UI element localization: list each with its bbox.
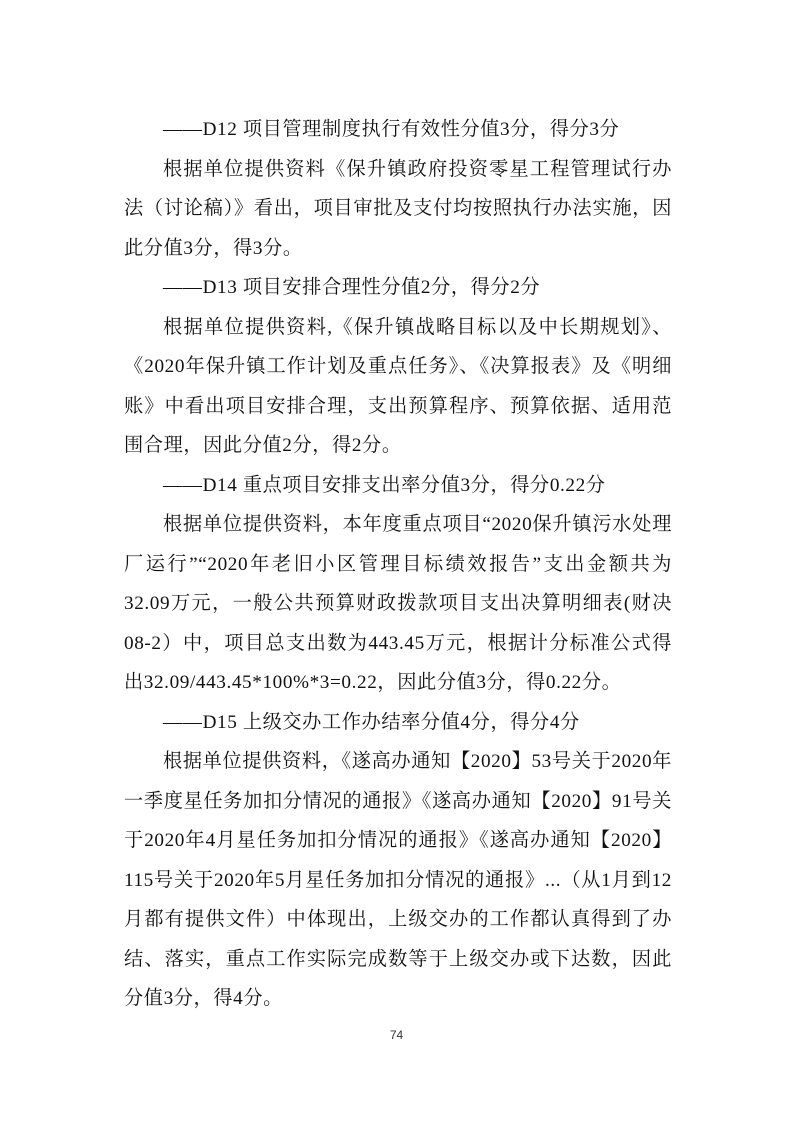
section-body-d13: 根据单位提供资料,《保升镇战略目标以及中长期规划》、《2020年保升镇工作计划及…	[124, 308, 672, 466]
section-heading-d14: ——D14 重点项目安排支出率分值3分，得分0.22分	[124, 466, 672, 506]
page-number: 74	[0, 1028, 793, 1042]
section-body-d12: 根据单位提供资料《保升镇政府投资零星工程管理试行办法（讨论稿）》看出，项目审批及…	[124, 150, 672, 269]
section-body-d15: 根据单位提供资料，《遂高办通知【2020】53号关于2020年一季度星任务加扣分…	[124, 742, 672, 1019]
section-d14: ——D14 重点项目安排支出率分值3分，得分0.22分 根据单位提供资料，本年度…	[124, 466, 672, 703]
section-heading-d13: ——D13 项目安排合理性分值2分，得分2分	[124, 268, 672, 308]
section-d12: ——D12 项目管理制度执行有效性分值3分，得分3分 根据单位提供资料《保升镇政…	[124, 110, 672, 268]
section-d15: ——D15 上级交办工作办结率分值4分，得分4分 根据单位提供资料，《遂高办通知…	[124, 703, 672, 1019]
section-body-d14: 根据单位提供资料，本年度重点项目“2020保升镇污水处理厂运行”“2020年老旧…	[124, 505, 672, 703]
section-heading-d12: ——D12 项目管理制度执行有效性分值3分，得分3分	[124, 110, 672, 150]
document-page-body: ——D12 项目管理制度执行有效性分值3分，得分3分 根据单位提供资料《保升镇政…	[124, 110, 672, 1019]
section-heading-d15: ——D15 上级交办工作办结率分值4分，得分4分	[124, 703, 672, 743]
section-d13: ——D13 项目安排合理性分值2分，得分2分 根据单位提供资料,《保升镇战略目标…	[124, 268, 672, 466]
